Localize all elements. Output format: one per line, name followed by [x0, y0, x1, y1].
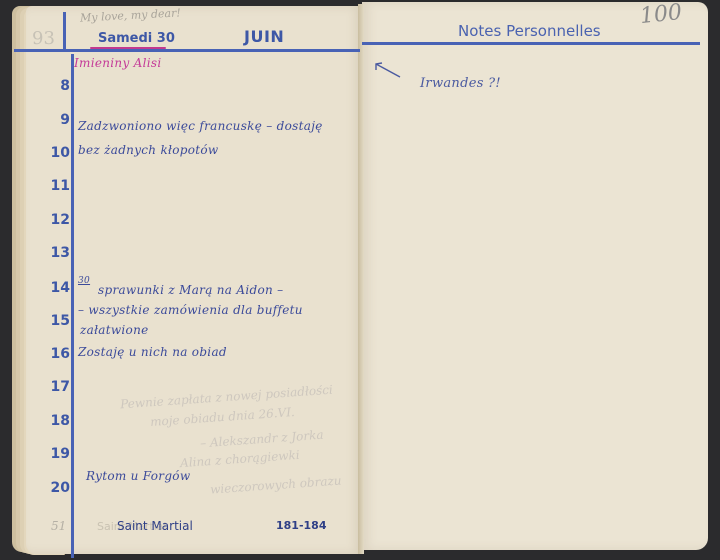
day-range: 181-184: [276, 519, 327, 532]
hour-label: 20: [46, 480, 70, 496]
entry-line: Zostaję u nich na obiad: [78, 345, 227, 359]
entry-line: Rytom u Forgów: [86, 469, 190, 483]
entry-line: Zadzwoniono więc francuskę – dostaję: [78, 119, 323, 133]
hour-label: 17: [46, 379, 70, 395]
hour-label: 10: [46, 145, 70, 161]
entry-line: załatwione: [80, 323, 149, 337]
hour-label: 18: [46, 413, 70, 429]
arrow-up-left-icon: [372, 60, 402, 80]
left-margin-rule-top: [63, 12, 66, 52]
right-page: [362, 2, 708, 550]
month-label: JUIN: [244, 27, 284, 46]
hour-label: 9: [46, 112, 70, 128]
hour-label: 14: [46, 280, 70, 296]
hour-label: 15: [46, 313, 70, 329]
day-underline: [90, 47, 166, 49]
saint-of-day: Saint Martial: [117, 519, 193, 533]
entry-line: bez żadnych kłopotów: [78, 143, 218, 157]
hour-label: 12: [46, 212, 70, 228]
hour-label: 13: [46, 245, 70, 261]
entry-line: – wszystkie zamówienia dla buffetu: [78, 303, 303, 317]
notes-title: Notes Personnelles: [458, 22, 601, 40]
faded-corner-number: 93: [32, 28, 55, 49]
entry-line: sprawunki z Marą na Aidon –: [98, 283, 283, 297]
page-number: 100: [639, 0, 683, 29]
hour-label: 11: [46, 178, 70, 194]
hour-label: 19: [46, 446, 70, 462]
pink-note: Imieniny Alisi: [74, 56, 162, 70]
week-number: 51: [51, 519, 66, 533]
left-page: [26, 6, 362, 554]
left-margin-rule: [71, 54, 74, 558]
hour-label: 16: [46, 346, 70, 362]
day-label: Samedi 30: [98, 31, 175, 46]
hour-label: 8: [46, 78, 70, 94]
time-mark: 30: [78, 276, 90, 286]
right-header-rule: [362, 42, 700, 45]
book-gutter: [358, 4, 364, 554]
right-note: Irwandes ?!: [420, 76, 501, 91]
